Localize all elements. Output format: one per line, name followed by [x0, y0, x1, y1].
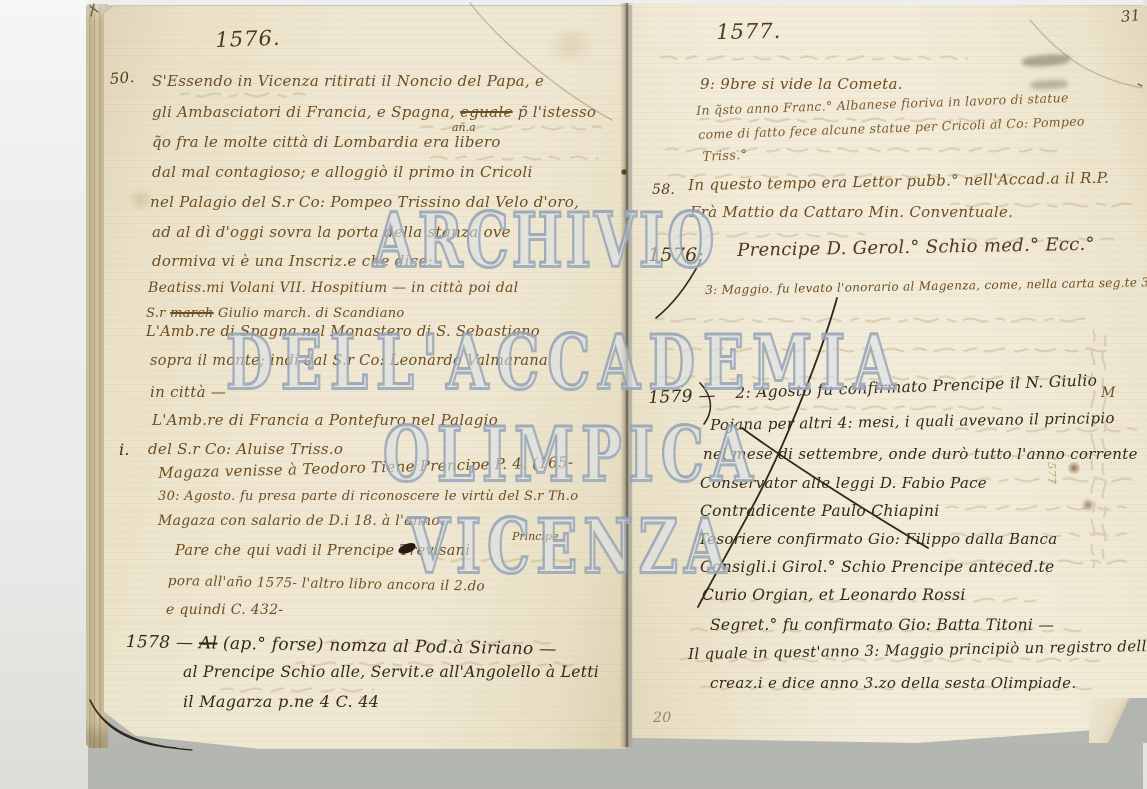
manuscript-line: Triss.°	[702, 148, 748, 165]
margin-note-50: 50.	[109, 68, 135, 88]
page-header-year-right: 1577.	[716, 19, 782, 44]
manuscript-line: nel mese di settembre, onde durò tutto l…	[703, 445, 1138, 463]
struck-word: march	[170, 306, 213, 321]
manuscript-line: 9: 9bre si vide la Cometa.	[700, 75, 903, 93]
manuscript-line: S'Essendo in Vicenza ritirati il Noncio …	[152, 72, 544, 90]
margin-note-i: i.	[119, 440, 130, 459]
line-part: S.r	[146, 306, 170, 321]
folio-number-bottom: 20	[653, 710, 671, 726]
manuscript-line: gli Ambasciatori di Francia, e Spagna, e…	[152, 103, 596, 121]
watermark-line-accademia: DELL'ACCADEMIA	[226, 318, 903, 406]
manuscript-line: Segret.° fu confirmato Gio: Batta Titoni…	[710, 616, 1054, 634]
struck-word: Al	[199, 633, 218, 653]
page-header-year-left: 1576.	[215, 26, 281, 52]
manuscript-line: al Prencipe Schio alle, Servit.e all'Ang…	[183, 663, 599, 681]
manuscript-line: del S.r Co: Aluise Triss.o	[148, 440, 343, 458]
line-part: gli Ambasciatori di Francia, e Spagna,	[152, 103, 460, 121]
manuscript-line: Contradicente Paulo Chiapini	[700, 502, 940, 520]
margin-m-mark: M	[1101, 385, 1116, 401]
manuscript-line: il Magarza p.ne 4 C. 44	[183, 692, 379, 711]
manuscript-line: creaz.i e dice anno 3.zo della sesta Oli…	[710, 674, 1076, 692]
struck-word: eguale	[460, 103, 513, 121]
manuscript-line: Consigli.i Girol.° Schio Prencipe antece…	[700, 558, 1054, 576]
folio-number-top: 31	[1120, 6, 1141, 26]
watermark-line-olimpica: OLIMPICA	[383, 410, 760, 498]
line-part: p̃ l'istesso	[513, 103, 597, 121]
manuscript-line: Tesoriere confirmato Gio: Filippo dalla …	[698, 530, 1057, 548]
manuscript-scan: ARCHIVIO DELL'ACCADEMIA OLIMPICA VICENZA…	[0, 0, 1147, 789]
interlinear-insertion: añ.a	[452, 121, 476, 134]
manuscript-line: in città —	[150, 383, 226, 401]
line-part: 1578 —	[126, 632, 200, 653]
watermark-line-archivio: ARCHIVIO	[373, 196, 717, 284]
margin-side-year-note: 1577	[1045, 455, 1058, 484]
manuscript-line: dal mal contagioso; e alloggiò il primo …	[152, 163, 533, 181]
manuscript-line: Curio Orgian, et Leonardo Rossi	[702, 586, 966, 604]
watermark-line-vicenza: VICENZA	[408, 502, 732, 590]
manuscript-line: q̃o fra le molte città di Lombardia era …	[152, 133, 501, 151]
manuscript-line: e quindi C. 432-	[166, 602, 283, 618]
manuscript-line: Magaza con salario de D.i 18. à l'anno.	[158, 513, 445, 529]
manuscript-line: Frà Mattio da Cattaro Min. Conventuale.	[690, 203, 1013, 221]
